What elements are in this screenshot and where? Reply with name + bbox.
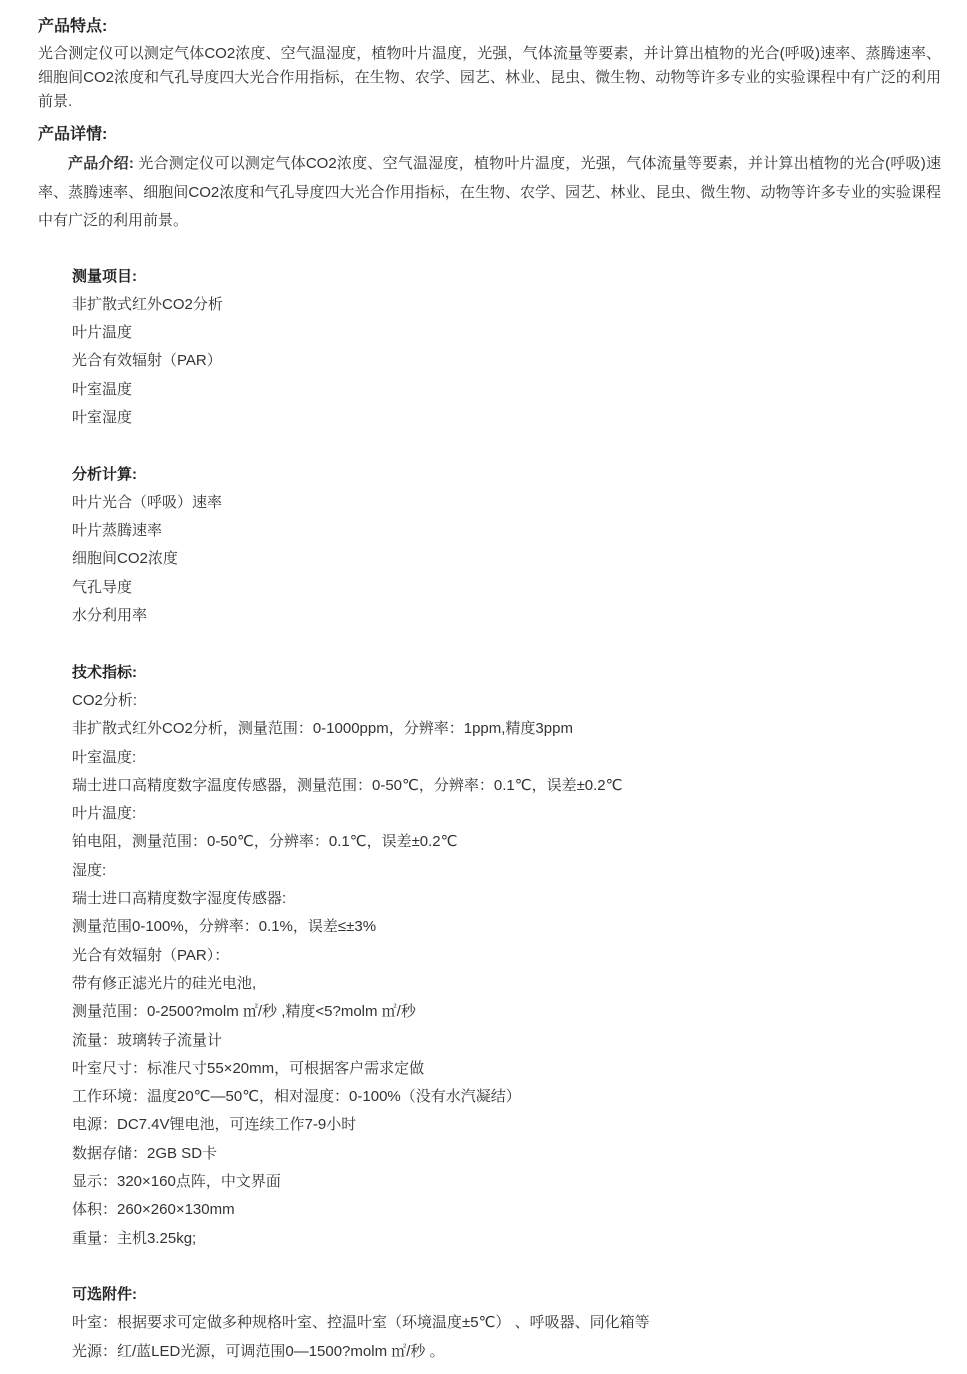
spec-line: 叶片温度 — [72, 319, 941, 347]
spec-line: 水分利用率 — [72, 602, 941, 630]
section-heading: 测量项目: — [72, 263, 941, 291]
spec-line: CO2分析: — [72, 687, 941, 715]
product-detail-page: 产品特点: 光合测定仪可以测定气体CO2浓度、空气温湿度，植物叶片温度，光强，气… — [0, 16, 967, 1366]
spec-line: 非扩散式红外CO2分析，测量范围：0-1000ppm，分辨率：1ppm,精度3p… — [72, 715, 941, 743]
section-heading: 技术指标: — [72, 659, 941, 687]
spec-line: 湿度: — [72, 857, 941, 885]
details-heading: 产品详情: — [38, 124, 941, 146]
spec-section: 可选附件:叶室：根据要求可定做多种规格叶室、控温叶室（环境温度±5℃） 、呼吸器… — [72, 1281, 941, 1366]
intro-label: 产品介绍: — [68, 155, 138, 172]
spec-line: 流量：玻璃转子流量计 — [72, 1027, 941, 1055]
spec-sections: 测量项目:非扩散式红外CO2分析叶片温度光合有效辐射（PAR）叶室温度叶室湿度分… — [38, 263, 941, 1367]
spec-line: 叶室温度: — [72, 744, 941, 772]
spec-line: 非扩散式红外CO2分析 — [72, 291, 941, 319]
spec-line: 工作环境：温度20℃—50℃，相对湿度：0-100%（没有水汽凝结） — [72, 1083, 941, 1111]
spec-line: 光合有效辐射（PAR） — [72, 347, 941, 375]
spec-section: 技术指标:CO2分析:非扩散式红外CO2分析，测量范围：0-1000ppm，分辨… — [72, 659, 941, 1253]
spec-line: 光源：红/蓝LED光源，可调范围0—1500?molm ㎡/秒 。 — [72, 1338, 941, 1366]
spec-line: 叶片光合（呼吸）速率 — [72, 489, 941, 517]
spec-line: 测量范围：0-2500?molm ㎡/秒 ,精度<5?molm ㎡/秒 — [72, 998, 941, 1026]
spec-line: 叶片蒸腾速率 — [72, 517, 941, 545]
spec-section: 测量项目:非扩散式红外CO2分析叶片温度光合有效辐射（PAR）叶室温度叶室湿度 — [72, 263, 941, 433]
spec-line: 体积：260×260×130mm — [72, 1196, 941, 1224]
spec-line: 测量范围0-100%，分辨率：0.1%，误差≤±3% — [72, 913, 941, 941]
features-paragraph: 光合测定仪可以测定气体CO2浓度、空气温湿度，植物叶片温度，光强，气体流量等要素… — [38, 42, 941, 114]
spec-line: 细胞间CO2浓度 — [72, 545, 941, 573]
spec-line: 叶室温度 — [72, 376, 941, 404]
spec-line: 带有修正滤光片的硅光电池, — [72, 970, 941, 998]
spec-line: 叶室湿度 — [72, 404, 941, 432]
section-heading: 可选附件: — [72, 1281, 941, 1309]
spec-line: 电源：DC7.4V锂电池，可连续工作7-9小时 — [72, 1111, 941, 1139]
features-heading: 产品特点: — [38, 16, 941, 38]
spec-line: 数据存储：2GB SD卡 — [72, 1140, 941, 1168]
spec-line: 重量：主机3.25kg; — [72, 1225, 941, 1253]
spec-line: 瑞士进口高精度数字温度传感器，测量范围：0-50℃，分辨率：0.1℃，误差±0.… — [72, 772, 941, 800]
spec-line: 叶室：根据要求可定做多种规格叶室、控温叶室（环境温度±5℃） 、呼吸器、同化箱等 — [72, 1309, 941, 1337]
spec-line: 气孔导度 — [72, 574, 941, 602]
spec-section: 分析计算:叶片光合（呼吸）速率叶片蒸腾速率细胞间CO2浓度气孔导度水分利用率 — [72, 461, 941, 631]
spec-line: 铂电阻，测量范围：0-50℃，分辨率：0.1℃，误差±0.2℃ — [72, 828, 941, 856]
spec-line: 叶室尺寸：标准尺寸55×20mm，可根据客户需求定做 — [72, 1055, 941, 1083]
section-heading: 分析计算: — [72, 461, 941, 489]
spec-line: 光合有效辐射（PAR）： — [72, 942, 941, 970]
spec-line: 显示：320×160点阵，中文界面 — [72, 1168, 941, 1196]
spec-line: 叶片温度: — [72, 800, 941, 828]
intro-text: 光合测定仪可以测定气体CO2浓度、空气温湿度，植物叶片温度，光强，气体流量等要素… — [38, 155, 941, 229]
details-intro-paragraph: 产品介绍: 光合测定仪可以测定气体CO2浓度、空气温湿度，植物叶片温度，光强，气… — [38, 150, 941, 236]
spec-line: 瑞士进口高精度数字湿度传感器: — [72, 885, 941, 913]
